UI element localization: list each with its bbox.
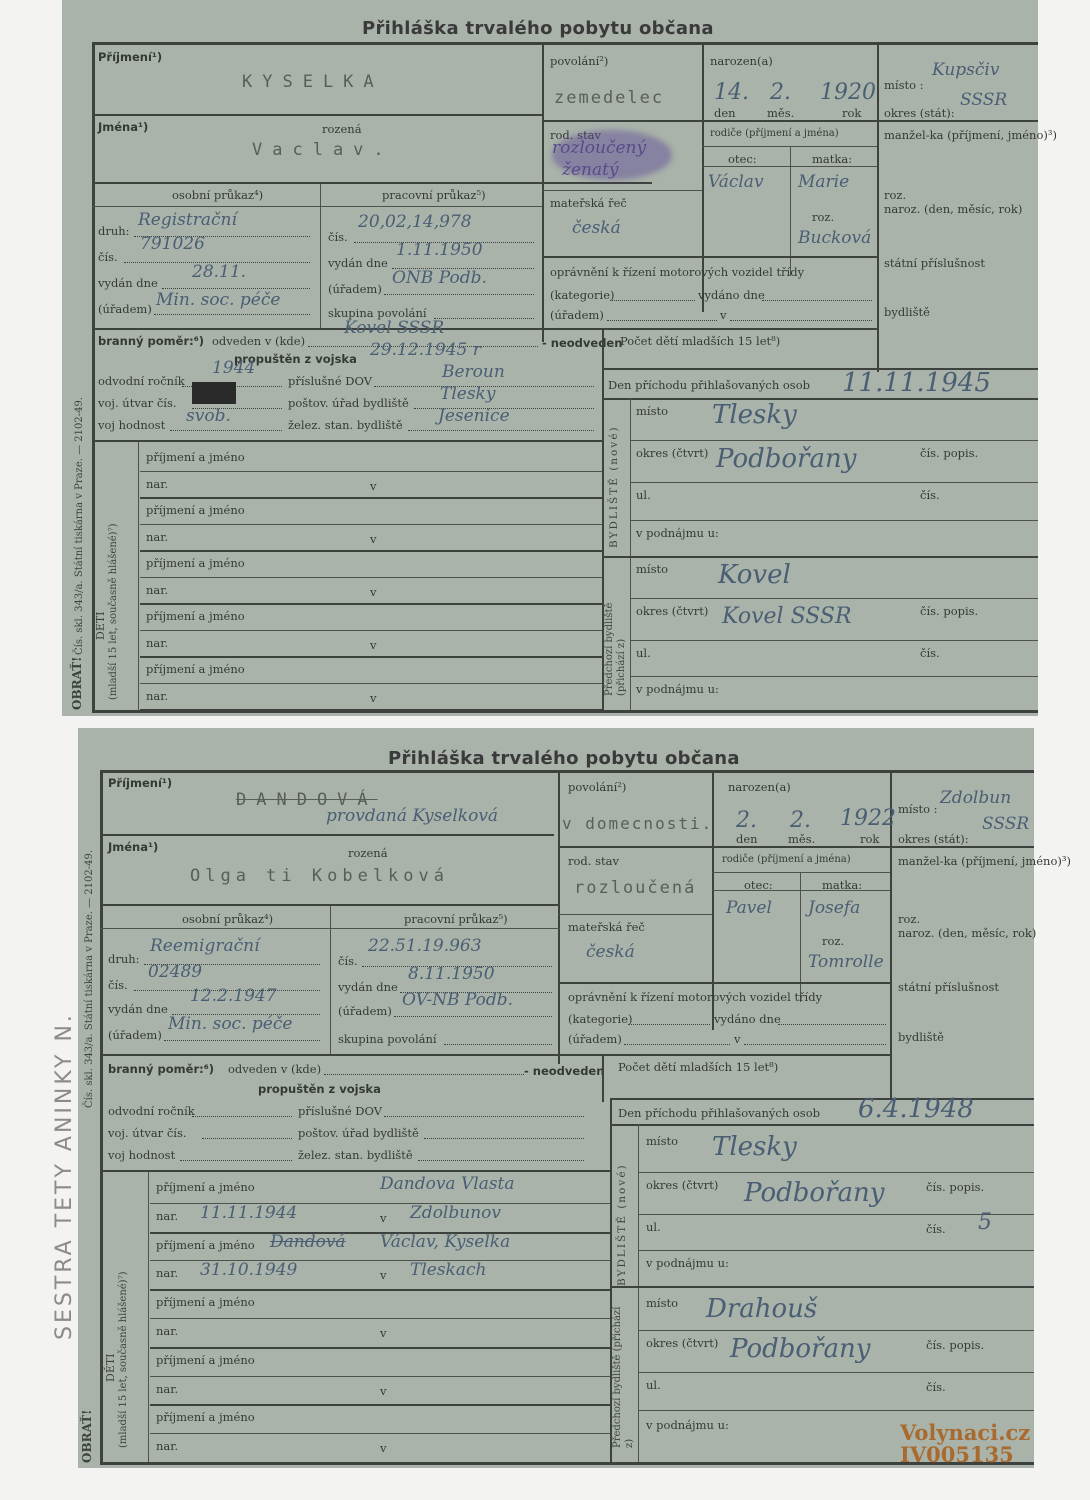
value-op-cis[interactable]: 02489 [148, 962, 202, 982]
value-dite-v[interactable]: Zdolbunov [410, 1203, 501, 1223]
label-dite-jmeno: příjmení a jméno [156, 1295, 255, 1309]
value-dite-jmeno-struck: Dandová [270, 1232, 346, 1252]
label-povolani: povolání²) [568, 780, 626, 794]
label-okres-stat: okres (stát): [884, 106, 955, 120]
label-pred-ul: ul. [646, 1378, 661, 1392]
value-matka-roz[interactable]: Tomrolle [808, 952, 884, 972]
label-pred-podnajem: v podnájmu u: [646, 1418, 729, 1432]
label-jmena: Jména¹) [108, 840, 158, 854]
label-statni-prislusnost: státní příslušnost [884, 256, 985, 270]
label-dite-v: v [370, 585, 377, 599]
label-dite-v: v [380, 1211, 387, 1225]
label-deti-sub: (mladší 15 let, současně hlášené)⁷) [108, 524, 119, 701]
label-materska-rec: mateřská řeč [568, 920, 645, 934]
label-manzel-roz: roz. [884, 188, 906, 202]
label-dite-nar: nar. [156, 1266, 178, 1280]
value-dite-jmeno[interactable]: Václav, Kyselka [380, 1232, 510, 1252]
divider [150, 1404, 610, 1406]
label-rozena: rozená [322, 122, 362, 136]
value-den-prichodu[interactable]: 11.11.1945 [842, 368, 991, 398]
value-dite-nar[interactable]: 11.11.1944 [200, 1203, 297, 1223]
value-povolani[interactable]: zemedelec [554, 88, 664, 108]
label-pp-cis: čís. [338, 954, 358, 968]
label-pred-cis-popis: čís. popis. [920, 604, 978, 618]
label-neodveden: - neodveden [542, 336, 622, 350]
label-prijmeni: Příjmení¹) [108, 776, 172, 790]
label-osobni-prukaz: osobní průkaz⁴) [182, 912, 273, 926]
value-nove-misto[interactable]: Tlesky [712, 1132, 797, 1162]
value-nove-okres[interactable]: Podbořany [744, 1178, 884, 1208]
label-den: den [714, 106, 736, 120]
label-nove-podnajem: v podnájmu u: [646, 1256, 729, 1270]
value-propusten[interactable]: 29.12.1945 r [370, 340, 481, 360]
label-dite-nar: nar. [156, 1382, 178, 1396]
label-op-uradem: (úřadem) [98, 302, 152, 316]
label-nove-misto: místo [636, 404, 668, 418]
value-rod-stav[interactable]: rozloučený [552, 138, 646, 158]
label-nove-cis-popis: čís. popis. [926, 1180, 984, 1194]
label-rozena: rozená [348, 846, 388, 860]
form-title: Přihláška trvalého pobytu občana [362, 18, 714, 39]
label-voj-hodnost: voj hodnost [108, 1148, 175, 1162]
value-rod-stav[interactable]: rozloučená [574, 878, 696, 898]
label-vydano-dne: vydáno dne [698, 288, 765, 302]
value-dite-jmeno[interactable]: Dandova Vlasta [380, 1174, 515, 1194]
label-rod-stav: rod. stav [568, 854, 619, 868]
value-povolani[interactable]: v domecnosti. [562, 814, 713, 833]
value-nove-misto[interactable]: Tlesky [712, 400, 797, 430]
label-matka-roz: roz. [812, 210, 834, 224]
label-prijmeni: Příjmení¹) [98, 50, 162, 64]
label-mes: měs. [788, 832, 815, 846]
registration-form-1: Přihláška trvalého pobytu občana Čís. sk… [62, 0, 1038, 716]
value-rok[interactable]: 1922 [840, 806, 896, 831]
divider [150, 1433, 610, 1434]
label-prislusne-dov: příslušné DOV [288, 374, 372, 388]
label-druh: druh: [108, 952, 140, 966]
label-dite-jmeno: příjmení a jméno [146, 556, 245, 570]
label-zelez-stan: želez. stan. bydliště [288, 418, 403, 432]
label-nove-cis: čís. [920, 488, 940, 502]
label-pred-podnajem: v podnájmu u: [636, 682, 719, 696]
value-pp-cis[interactable]: 22.51.19.963 [368, 936, 482, 956]
label-op-uradem: (úřadem) [108, 1028, 162, 1042]
label-nove-ul: ul. [636, 488, 651, 502]
value-misto-narozeni[interactable]: Kupsčiv [932, 60, 999, 80]
label-predchozi: Předchozí bydliště (přichází z) [604, 556, 628, 696]
label-dite-nar: nar. [146, 530, 168, 544]
value-prijmeni-correction[interactable]: provdaná Kyselková [326, 806, 498, 826]
label-dite-jmeno: příjmení a jméno [156, 1353, 255, 1367]
label-manzel: manžel-ka (příjmení, jméno)³) [898, 854, 1071, 868]
value-op-vydan[interactable]: 28.11. [192, 262, 246, 282]
label-otec: otec: [728, 152, 757, 166]
divider [150, 1462, 610, 1464]
label-dite-jmeno: příjmení a jméno [156, 1238, 255, 1252]
label-dite-jmeno: příjmení a jméno [156, 1180, 255, 1194]
divider [150, 1376, 610, 1377]
value-op-cis[interactable]: 791026 [140, 234, 205, 254]
label-rodice: rodiče (příjmení a jména) [722, 854, 851, 865]
label-opravneni-uradem: (úřadem) [568, 1032, 622, 1046]
value-otec[interactable]: Václav [708, 172, 764, 192]
label-dite-v: v [370, 691, 377, 705]
label-odveden: odveden v (kde) [228, 1062, 321, 1076]
label-bydliste-nove: BYDLIŠTĚ (nové) [616, 1163, 628, 1286]
label-dite-nar: nar. [146, 689, 168, 703]
obrat-text: OBRAŤ! [80, 1410, 94, 1463]
value-pp-uradem[interactable]: ONB Podb. [392, 268, 487, 288]
label-deti: DĚTI [94, 611, 107, 640]
label-pocet-deti: Počet dětí mladších 15 let⁸) [620, 334, 780, 348]
divider [150, 1289, 610, 1291]
label-pracovni-prukaz: pracovní průkaz⁵) [404, 912, 508, 926]
label-dite-jmeno: příjmení a jméno [146, 450, 245, 464]
label-odvodni-rocnik: odvodní ročník [108, 1104, 195, 1118]
value-pred-misto[interactable]: Drahouš [706, 1294, 817, 1324]
label-pp-cis: čís. [328, 230, 348, 244]
label-nove-ul: ul. [646, 1220, 661, 1234]
value-zelez-stan[interactable]: Jesenice [438, 406, 510, 426]
label-op-vydan: vydán dne [98, 276, 158, 290]
label-nove-okres: okres (čtvrt) [636, 446, 708, 460]
label-voj-utvar: voj. útvar čís. [108, 1126, 187, 1140]
value-pp-vydan[interactable]: 8.11.1950 [408, 964, 495, 984]
registration-form-2: Přihláška trvalého pobytu občana Čís. sk… [78, 728, 1034, 1468]
label-skupina: skupina povolání [338, 1032, 437, 1046]
label-pp-uradem: (úřadem) [338, 1004, 392, 1018]
value-op-uradem[interactable]: Min. soc. péče [168, 1014, 292, 1034]
divider [150, 1318, 610, 1319]
label-matka: matka: [812, 152, 852, 166]
value-op-uradem[interactable]: Min. soc. péče [156, 290, 280, 310]
value-rok[interactable]: 1920 [820, 80, 876, 105]
watermark-site: Volynaci.cz [900, 1422, 1030, 1444]
label-matka-roz: roz. [822, 934, 844, 948]
label-povolani: povolání²) [550, 54, 608, 68]
value-okres-stat[interactable]: SSSR [960, 90, 1007, 110]
label-opravneni-v: v [720, 308, 727, 322]
label-dite-nar: nar. [156, 1324, 178, 1338]
side-print-text: Čís. skl. 343/a. Státní tiskárna v Praze… [74, 397, 85, 655]
label-pred-okres: okres (čtvrt) [636, 604, 708, 618]
value-otec[interactable]: Pavel [726, 898, 772, 918]
label-osobni-prukaz: osobní průkaz⁴) [172, 188, 263, 202]
value-matka[interactable]: Josefa [808, 898, 860, 918]
label-dite-v: v [380, 1326, 387, 1340]
label-odveden: odveden v (kde) [212, 334, 305, 348]
label-okres-stat: okres (stát): [898, 832, 969, 846]
label-dite-nar: nar. [156, 1209, 178, 1223]
watermark-id: IV005135 [900, 1444, 1030, 1466]
label-pred-misto: místo [646, 1296, 678, 1310]
label-op-vydan: vydán dne [108, 1002, 168, 1016]
label-dite-v: v [370, 479, 377, 493]
divider [140, 471, 602, 472]
label-statni-prislusnost: státní příslušnost [898, 980, 999, 994]
value-dite-nar[interactable]: 31.10.1949 [200, 1260, 297, 1280]
value-mes[interactable]: 2. [770, 80, 791, 105]
label-propusten: propuštěn z vojska [258, 1082, 381, 1096]
label-manzel-roz: roz. [898, 912, 920, 926]
divider [140, 497, 602, 499]
label-opravneni: oprávnění k řízení motorových vozidel tř… [550, 265, 804, 279]
value-matka[interactable]: Marie [798, 172, 849, 192]
label-nove-okres: okres (čtvrt) [646, 1178, 718, 1192]
label-postov-urad: poštov. úřad bydliště [288, 396, 409, 410]
label-pp-vydan: vydán dne [328, 256, 388, 270]
label-pp-vydan: vydán dne [338, 980, 398, 994]
label-dite-v: v [380, 1268, 387, 1282]
value-pred-misto[interactable]: Kovel [718, 560, 791, 590]
label-naroz: naroz. (den, měsíc, rok) [884, 202, 1022, 216]
value-op-druh[interactable]: Reemigrační [150, 936, 260, 956]
label-druh: druh: [98, 224, 130, 238]
value-prijmeni[interactable]: KYSELKA [242, 72, 384, 92]
label-bydliste: bydliště [884, 305, 930, 319]
label-zelez-stan: želez. stan. bydliště [298, 1148, 413, 1162]
label-dite-jmeno: příjmení a jméno [146, 662, 245, 676]
divider [140, 550, 602, 552]
label-manzel: manžel-ka (příjmení, jméno)³) [884, 128, 1057, 142]
value-dite-v[interactable]: Tleskach [410, 1260, 486, 1280]
value-den[interactable]: 2. [736, 808, 757, 833]
label-narozen: narozen(a) [710, 54, 773, 68]
label-rok: rok [860, 832, 879, 846]
value-den[interactable]: 14. [714, 80, 749, 105]
label-predchozi: Předchozí bydliště (přichází z) [612, 1298, 636, 1448]
divider [140, 709, 602, 711]
margin-pencil-note: SESTRA TETY ANINKY N. [52, 1012, 77, 1340]
value-op-vydan[interactable]: 12.2.1947 [190, 986, 277, 1006]
value-odveden[interactable]: Kovel SSSR [344, 318, 444, 338]
label-deti: DĚTI [104, 1353, 117, 1382]
value-voj-hodnost[interactable]: svob. [186, 406, 231, 426]
divider [140, 524, 602, 525]
label-pracovni-prukaz: pracovní průkaz⁵) [382, 188, 486, 202]
label-misto: místo : [884, 78, 924, 92]
label-dite-nar: nar. [156, 1439, 178, 1453]
label-pred-cis: čís. [920, 646, 940, 660]
label-opravneni-uradem: (úřadem) [550, 308, 604, 322]
form-title: Přihláška trvalého pobytu občana [388, 748, 740, 769]
value-pp-uradem[interactable]: OV-NB Podb. [402, 990, 513, 1010]
label-dite-jmeno: příjmení a jméno [146, 503, 245, 517]
value-nove-okres[interactable]: Podbořany [716, 444, 856, 474]
label-rok: rok [842, 106, 861, 120]
label-branny-pomer: branný poměr:⁶) [108, 1062, 214, 1076]
value-nove-cis[interactable]: 5 [978, 1210, 992, 1235]
label-dite-jmeno: příjmení a jméno [156, 1410, 255, 1424]
label-den-prichodu: Den příchodu přihlašovaných osob [608, 378, 810, 392]
label-narozen: narozen(a) [728, 780, 791, 794]
value-op-druh[interactable]: Registrační [138, 210, 237, 230]
value-misto-narozeni[interactable]: Zdolbun [940, 788, 1011, 808]
label-nove-cis-popis: čís. popis. [920, 446, 978, 460]
label-rodice: rodiče (příjmení a jména) [710, 128, 839, 139]
label-branny-pomer: branný poměr:⁶) [98, 334, 204, 348]
label-opravneni-v: v [734, 1032, 741, 1046]
label-dite-nar: nar. [146, 636, 168, 650]
label-misto: místo : [898, 802, 938, 816]
label-deti-sub: (mladší 15 let, současně hlášené)⁷) [118, 1272, 129, 1449]
divider [150, 1347, 610, 1349]
side-print-text: Čís. skl. 343/a. Státní tiskárna v Praze… [84, 850, 95, 1108]
label-jmena: Jména¹) [98, 120, 148, 134]
value-materska-rec[interactable]: česká [572, 218, 621, 238]
value-pred-okres[interactable]: Kovel SSSR [722, 604, 852, 629]
label-bydliste-nove: BYDLIŠTĚ (nové) [608, 425, 620, 548]
label-nove-podnajem: v podnájmu u: [636, 526, 719, 540]
divider [140, 603, 602, 605]
value-jmena[interactable]: Olga ti Kobelková [190, 866, 449, 886]
label-dite-jmeno: příjmení a jméno [146, 609, 245, 623]
label-pred-ul: ul. [636, 646, 651, 660]
label-odvodni-rocnik: odvodní ročník [98, 374, 185, 388]
label-vydano-dne: vydáno dne [714, 1012, 781, 1026]
value-odvodni-rocnik[interactable]: 1944 [212, 358, 255, 378]
value-postov-urad[interactable]: Tlesky [440, 384, 495, 404]
value-materska-rec[interactable]: česká [586, 942, 635, 962]
label-pp-uradem: (úřadem) [328, 282, 382, 296]
value-jmena[interactable]: Vaclav. [252, 140, 394, 160]
label-neodveden: - neodveden [524, 1064, 604, 1078]
value-rod-stav-stamp: ženatý [562, 160, 619, 180]
label-voj-utvar: voj. útvar čís. [98, 396, 177, 410]
label-dite-nar: nar. [146, 477, 168, 491]
label-dite-nar: nar. [146, 583, 168, 597]
label-pred-cis-popis: čís. popis. [926, 1338, 984, 1352]
label-postov-urad: poštov. úřad bydliště [298, 1126, 419, 1140]
label-den-prichodu: Den příchodu přihlašovaných osob [618, 1106, 820, 1120]
value-matka-roz[interactable]: Bucková [798, 228, 871, 248]
label-pocet-deti: Počet dětí mladších 15 let⁸) [618, 1060, 778, 1074]
label-bydliste: bydliště [898, 1030, 944, 1044]
label-pred-cis: čís. [926, 1380, 946, 1394]
divider [140, 577, 602, 578]
value-den-prichodu[interactable]: 6.4.1948 [858, 1094, 974, 1124]
label-prislusne-dov: příslušné DOV [298, 1104, 382, 1118]
label-dite-v: v [380, 1441, 387, 1455]
label-voj-hodnost: voj hodnost [98, 418, 165, 432]
label-nove-cis: čís. [926, 1222, 946, 1236]
label-dite-v: v [370, 638, 377, 652]
value-pp-vydan[interactable]: 1.11.1950 [396, 240, 483, 260]
label-dite-v: v [370, 532, 377, 546]
label-den: den [736, 832, 758, 846]
label-naroz: naroz. (den, měsíc, rok) [898, 926, 1036, 940]
value-prislusne-dov[interactable]: Beroun [442, 362, 505, 382]
label-mes: měs. [767, 106, 794, 120]
value-okres-stat[interactable]: SSSR [982, 814, 1029, 834]
label-pred-misto: místo [636, 562, 668, 576]
value-pp-cis[interactable]: 20,02,14,978 [358, 212, 472, 232]
value-pred-okres[interactable]: Podbořany [730, 1334, 870, 1364]
label-pred-okres: okres (čtvrt) [646, 1336, 718, 1350]
divider [140, 683, 602, 684]
label-nove-misto: místo [646, 1134, 678, 1148]
label-op-cis: čís. [108, 978, 128, 992]
obrat-text: OBRAŤ! [70, 657, 84, 710]
divider [140, 630, 602, 631]
watermark: Volynaci.cz IV005135 [900, 1422, 1030, 1466]
label-materska-rec: mateřská řeč [550, 196, 627, 210]
label-kategorie: (kategorie) [568, 1012, 633, 1026]
value-mes[interactable]: 2. [790, 808, 811, 833]
label-op-cis: čís. [98, 250, 118, 264]
label-kategorie: (kategorie) [550, 288, 615, 302]
label-opravneni: oprávnění k řízení motorových vozidel tř… [568, 990, 822, 1004]
label-dite-v: v [380, 1384, 387, 1398]
divider [140, 656, 602, 658]
